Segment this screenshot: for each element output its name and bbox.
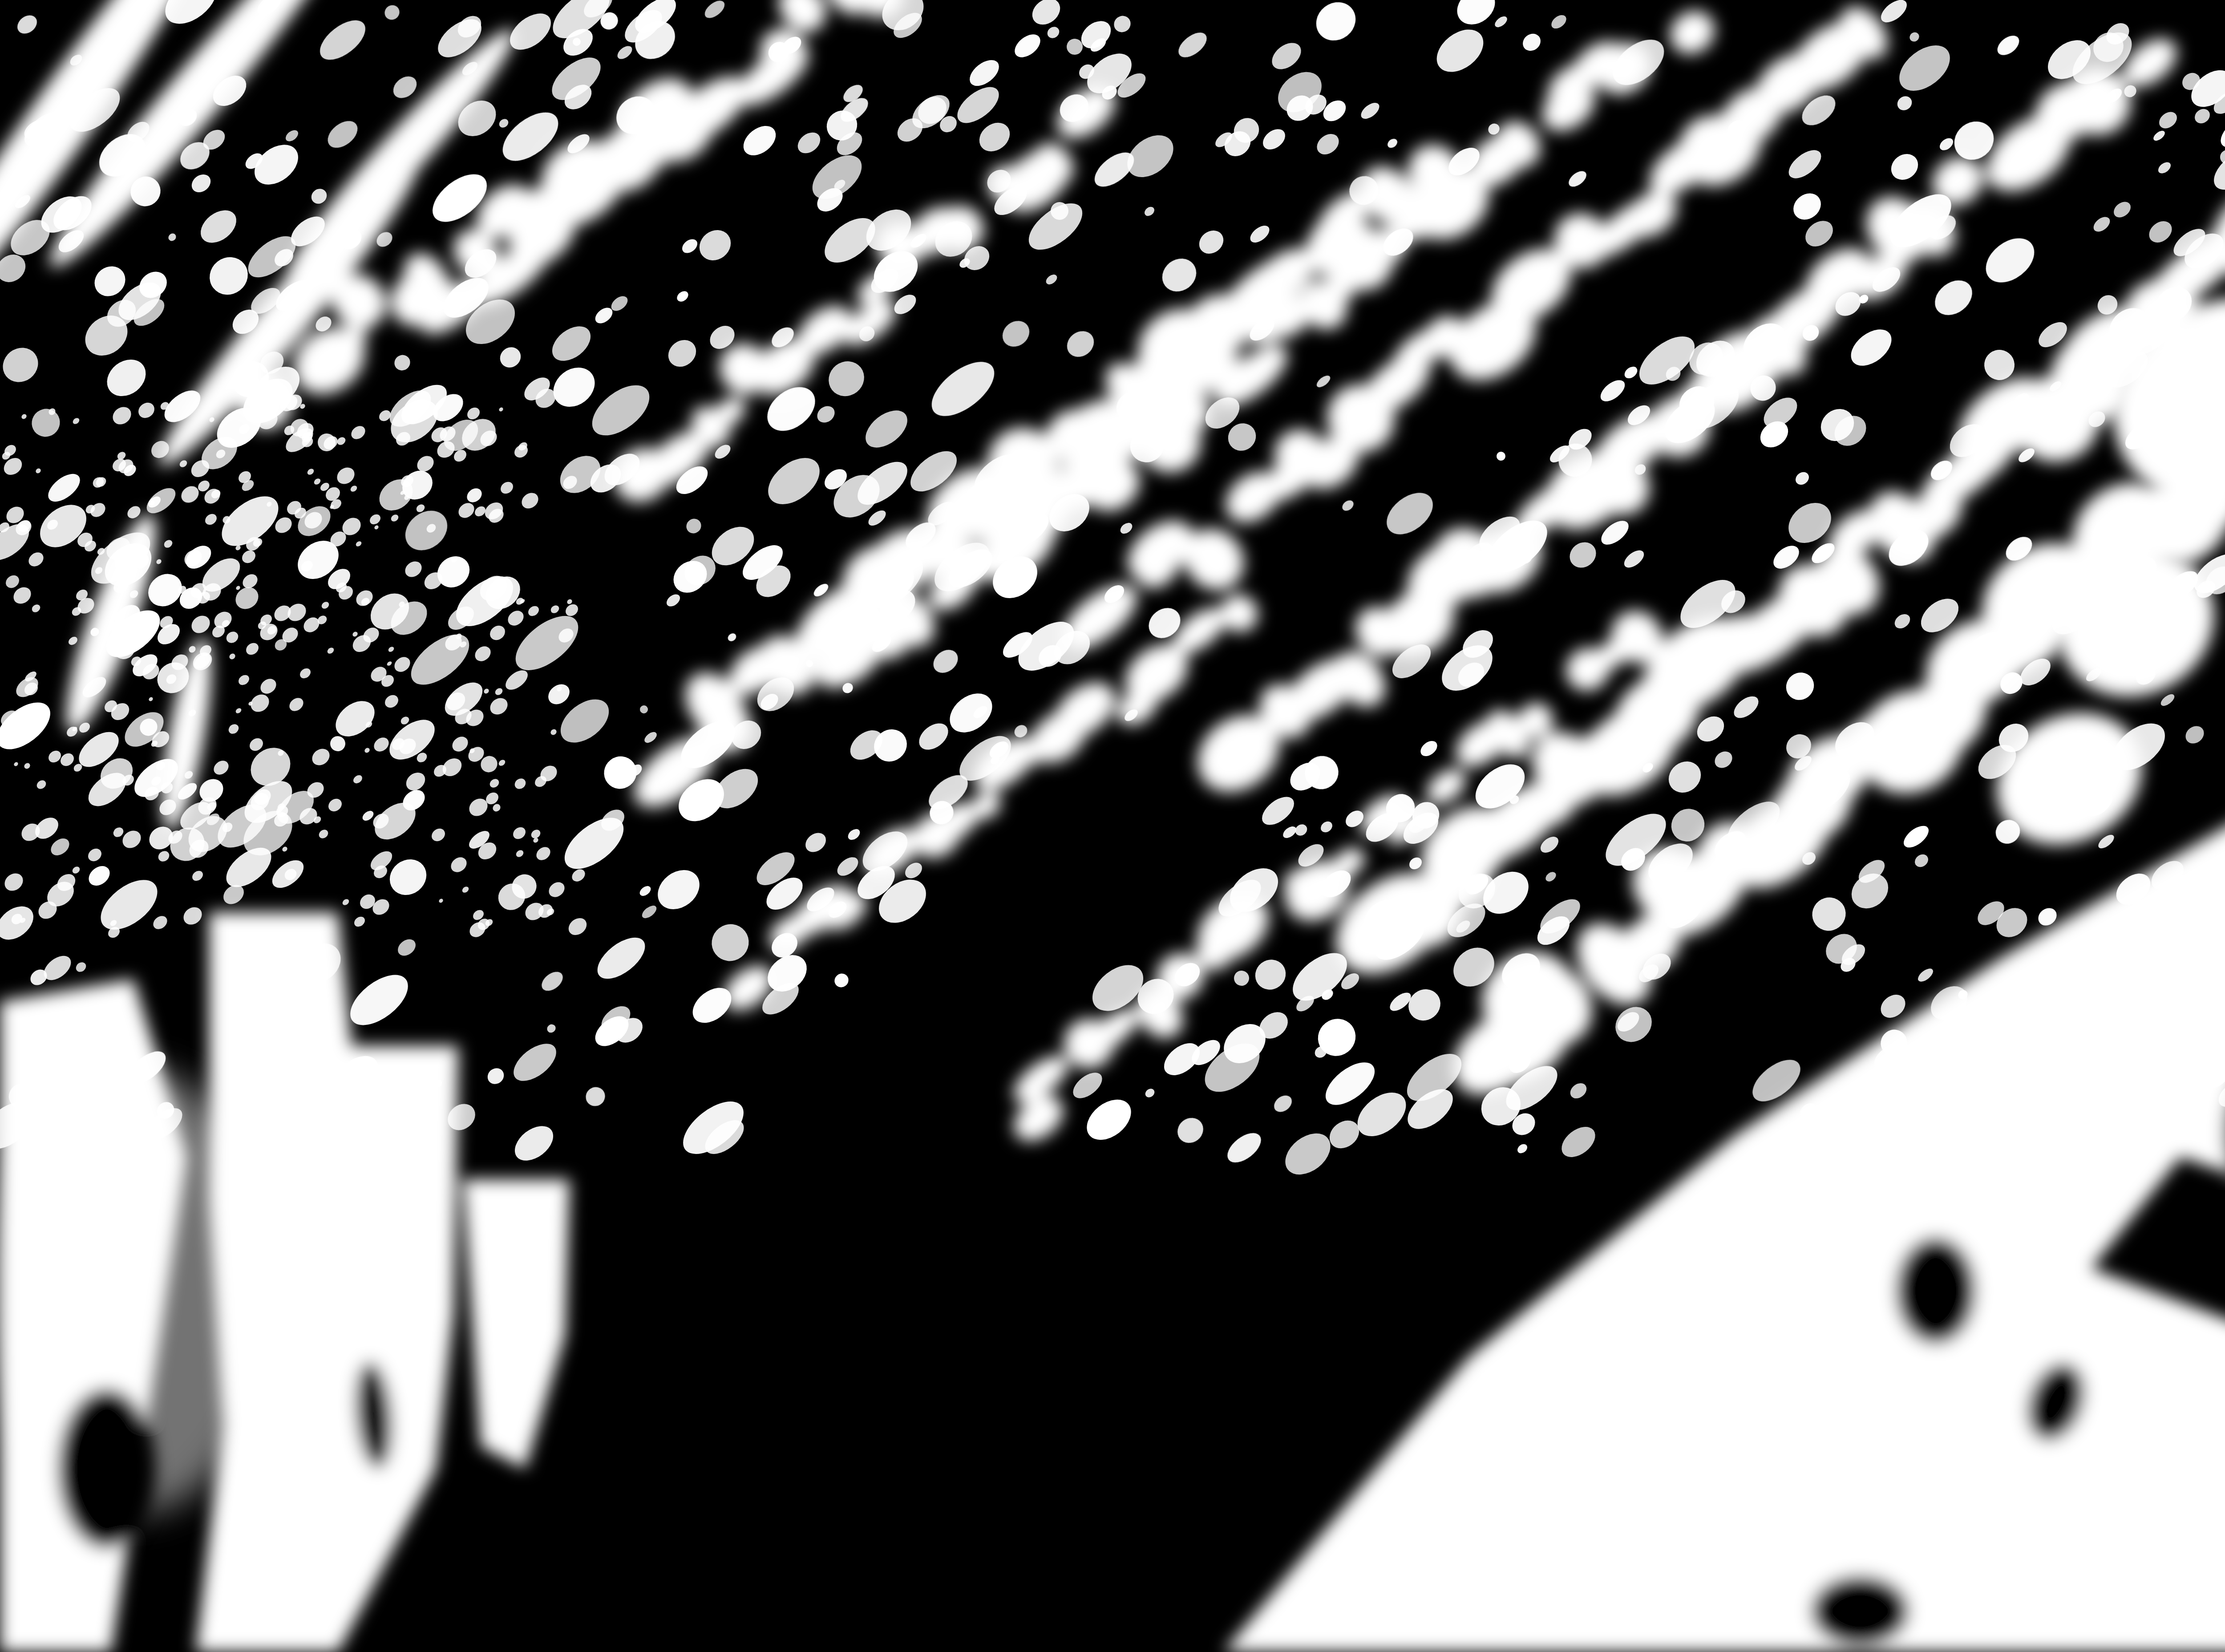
cloud-composition <box>0 0 2225 1652</box>
satellite-cloud-image: High-contrast black-and-white satellite … <box>0 0 2225 1652</box>
